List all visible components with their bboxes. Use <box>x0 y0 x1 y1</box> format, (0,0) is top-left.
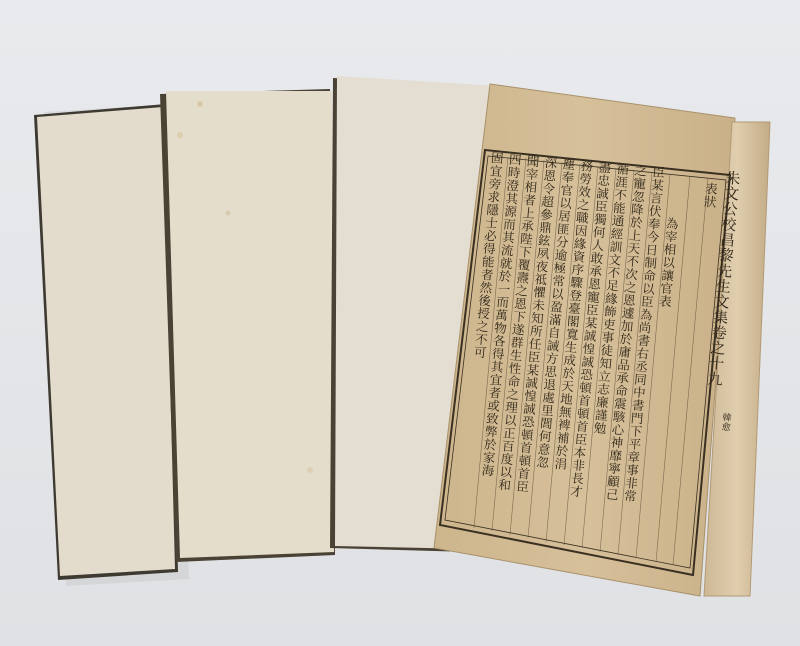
section-subtitle: 表狀 <box>703 182 718 209</box>
section-heading: 為宰相以讓官表 <box>658 216 679 308</box>
margin-note: 韓愈 <box>717 412 732 432</box>
book-1 <box>34 104 178 580</box>
book-2 <box>160 89 335 562</box>
page-text: 朱文公校昌黎先生文集卷之十九 表狀 為宰相以讓官表 臣某言伏奉今日制命以臣為尚書… <box>422 138 748 582</box>
